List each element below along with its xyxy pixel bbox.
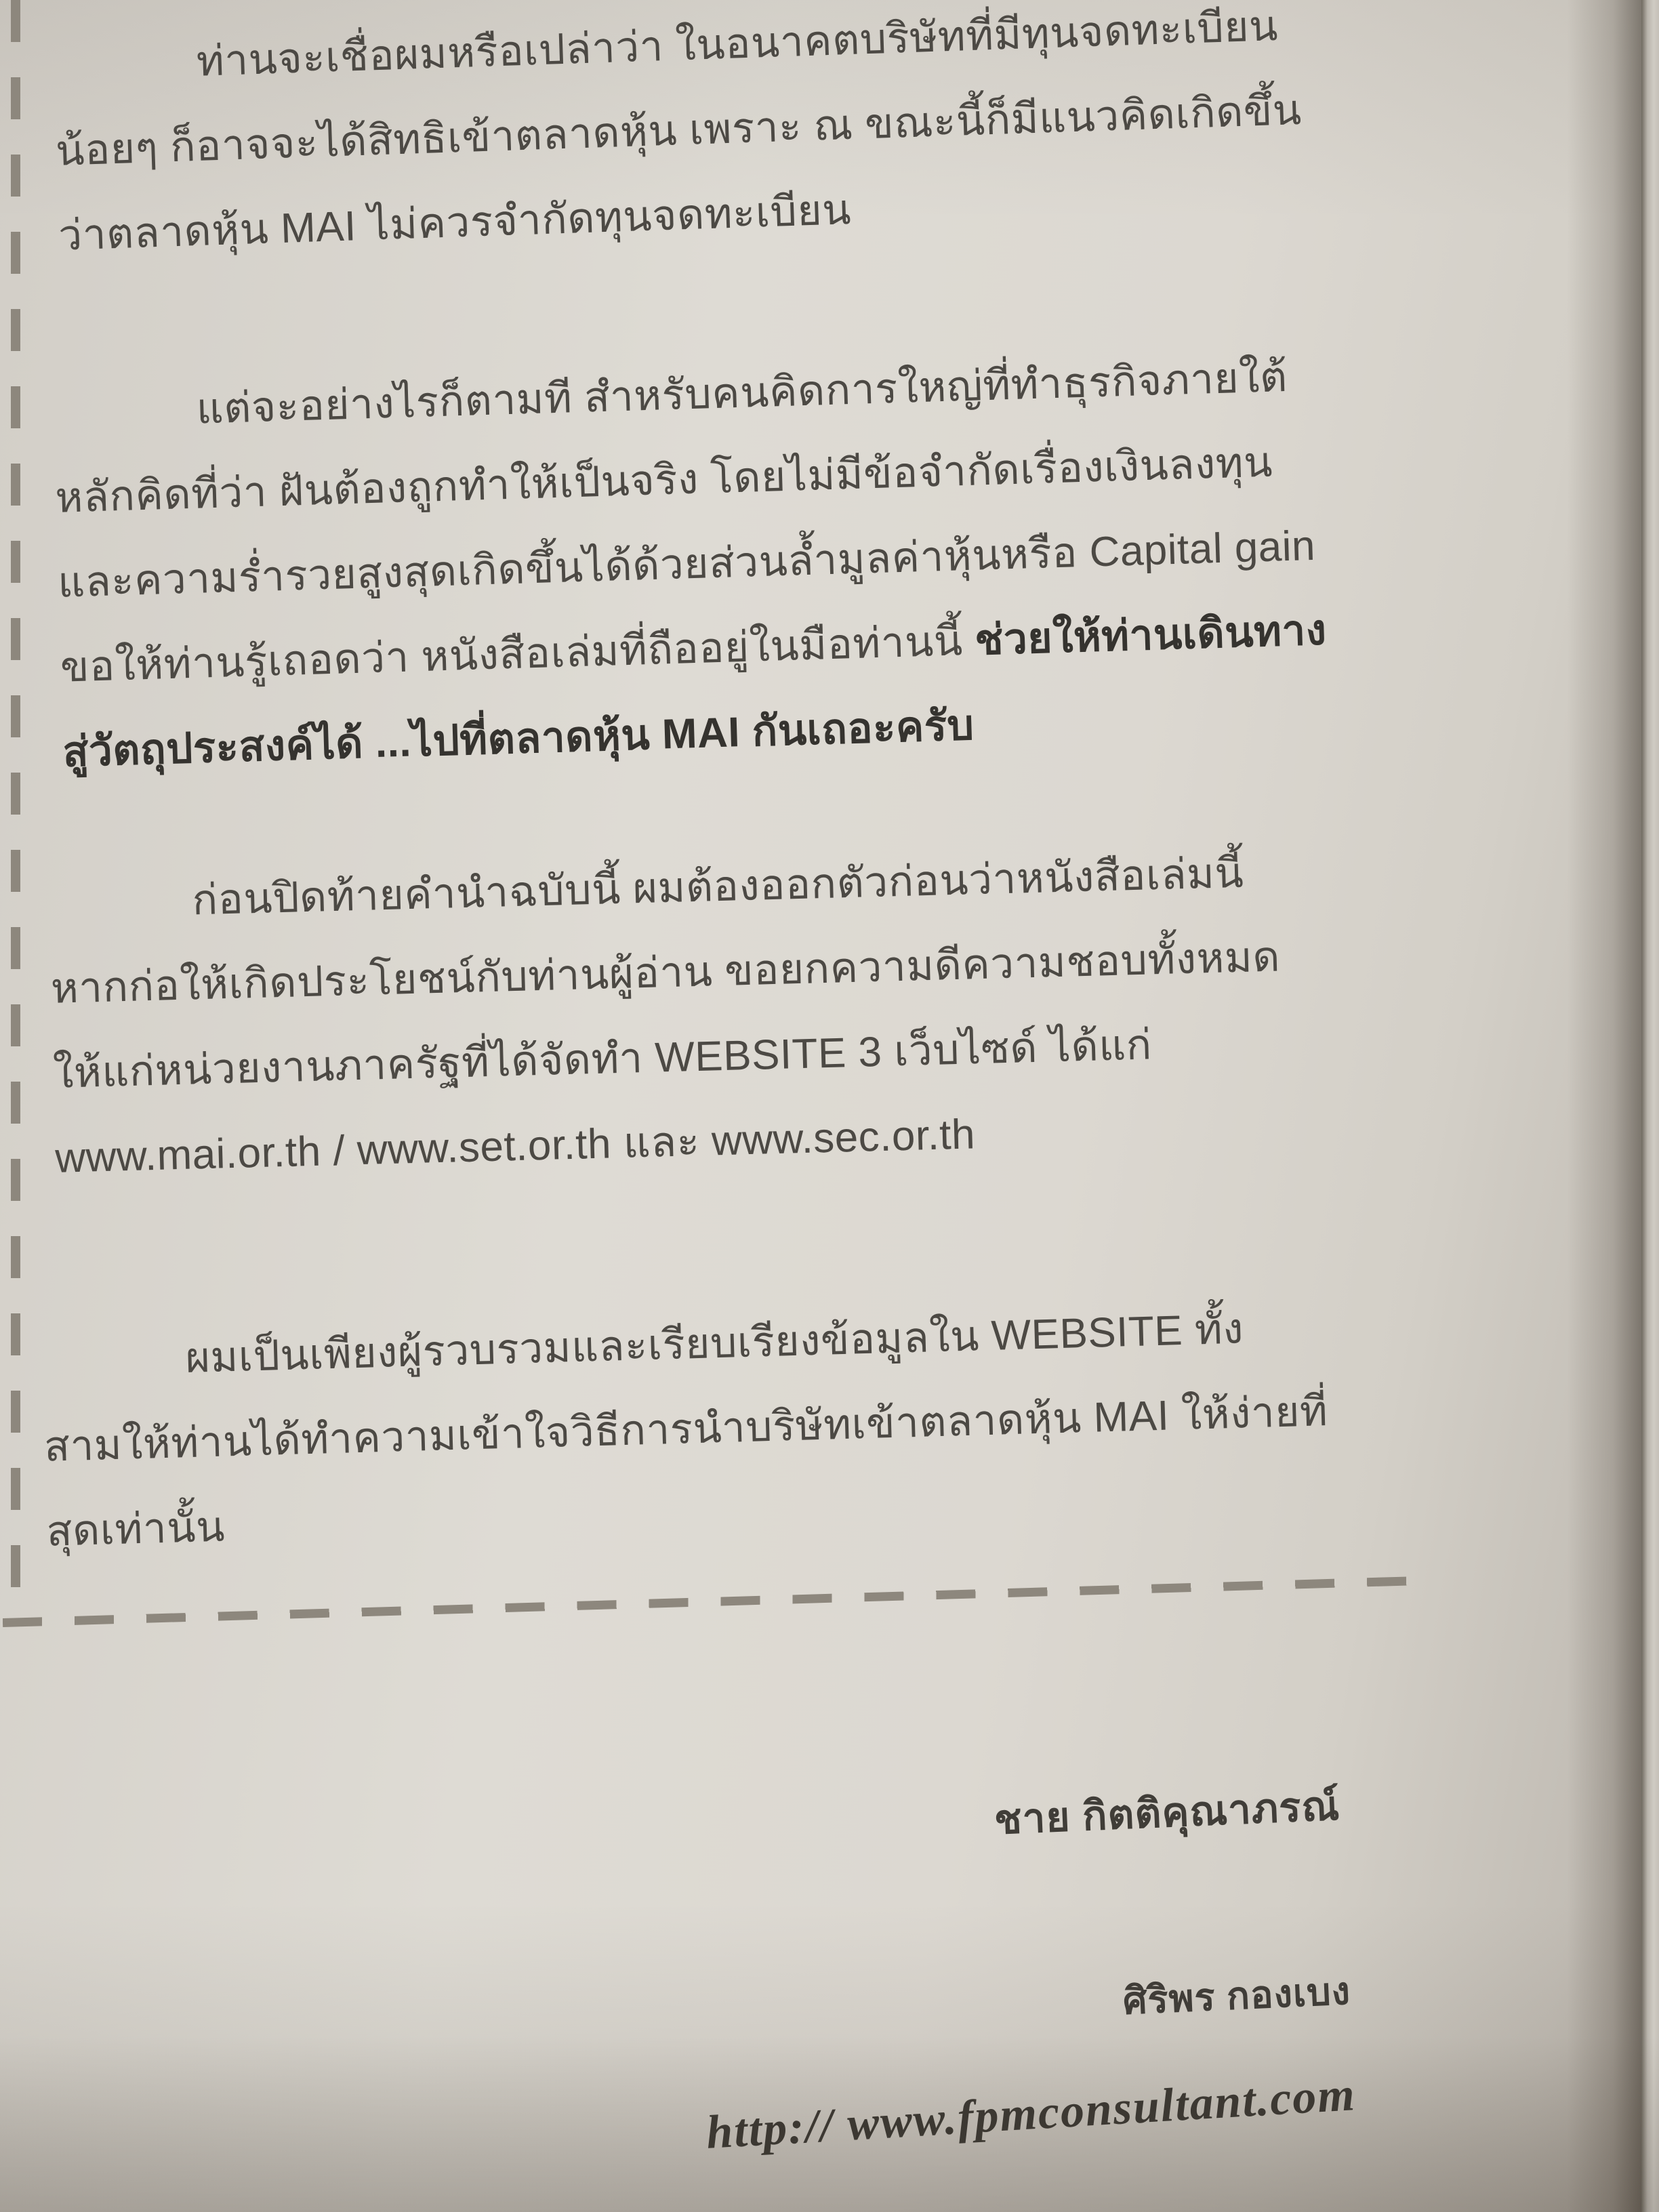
paragraph-2: แต่จะอย่างไรก็ตามที สำหรับคนคิดการใหญ่ที…: [52, 334, 1330, 795]
paragraph-3: ก่อนปิดท้ายคำนำฉบับนี้ ผมต้องออกตัวก่อนว…: [47, 829, 1286, 1200]
co-author-signature: ศิริพร กองเบง: [1122, 1961, 1352, 2031]
author-signature: ชาย กิตติคุณาภรณ์: [993, 1774, 1341, 1852]
paragraph-1: ท่านจะเชื่อผมหรือเปล่าว่า ในอนาคตบริษัทท…: [52, 0, 1306, 279]
page-curl-shadow: [1567, 0, 1641, 2212]
paragraph-4: ผมเป็นเพียงผู้รวบรวมและเรียบเรียงข้อมูลใ…: [41, 1284, 1332, 1574]
dashed-cut-line-vertical: [11, 0, 20, 1589]
text-segment-bold: ช่วยให้ท่านเดินทาง: [974, 607, 1327, 663]
bottom-shadow: [0, 2036, 1659, 2212]
page-edge-strip: [1641, 0, 1659, 2212]
text-segment: ขอให้ท่านรู้เถอดว่า หนังสือเล่มที่ถืออยู…: [60, 617, 975, 691]
book-page: ท่านจะเชื่อผมหรือเปล่าว่า ในอนาคตบริษัทท…: [0, 0, 1659, 2212]
dashed-cut-line-horizontal: [3, 1576, 1408, 1627]
